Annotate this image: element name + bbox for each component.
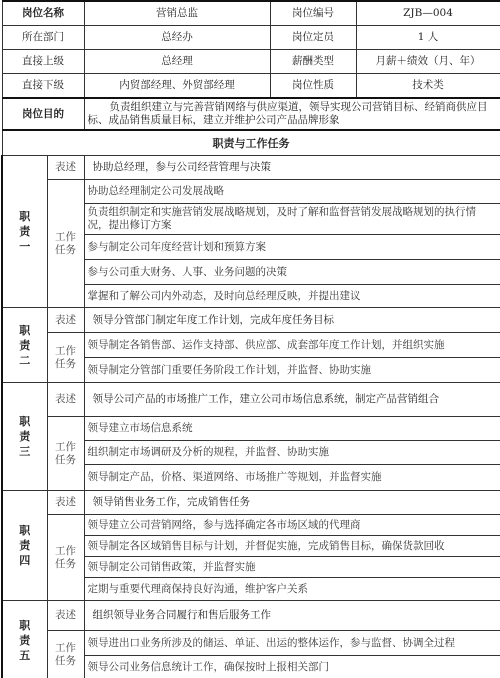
duty-4-task-4: 定期与重要代理商保持良好沟通，维护客户关系: [84, 578, 500, 601]
duty-3-task-2: 组织制定市场调研及分析的规程，并监督、协助实施: [84, 441, 500, 465]
value-job-nature: 技术类: [356, 74, 500, 99]
header-row-job-title: 岗位名称 营销总监 岗位编号 ZJB—004: [2, 1, 500, 26]
section-title-row: 职责与工作任务: [2, 130, 500, 156]
duty-5-task-1: 领导进出口业务所涉及的储运、单证、出运的整体运作，参与监督、协调全过程: [84, 631, 500, 656]
duty-2-desc: 领导分管部门制定年度工作计划，完成年度任务目标: [84, 308, 500, 333]
value-job-title: 营销总监: [84, 1, 270, 26]
job-description-table: 岗位名称 营销总监 岗位编号 ZJB—004 所在部门 总经办 岗位定员 1 人…: [1, 0, 500, 678]
duty-4-task-3: 领导制定公司销售政策，并监督实施: [84, 557, 500, 578]
duty-1-task-3: 参与制定公司年度经营计划和预算方案: [84, 235, 500, 260]
duty-1-desc-row: 职责一 表述 协助总经理，参与公司经营管理与决策: [2, 156, 500, 180]
task-row: 工作任务 领导进出口业务所涉及的储运、单证、出运的整体运作，参与监督、协调全过程: [2, 631, 500, 656]
duty-1-task-4: 参与公司重大财务、人事、业务问题的决策: [84, 260, 500, 285]
purpose-row: 岗位目的 负责组织建立与完善营销网络与供应渠道，领导实现公司营销目标、经销商供应…: [2, 98, 500, 130]
label-superior: 直接上级: [2, 50, 84, 74]
duty-5-task-2: 领导公司业务信息统计工作，确保按时上报相关部门: [84, 656, 500, 678]
header-row-superior: 直接上级 总经理 薪酬类型 月薪＋绩效（月、年）: [2, 50, 500, 74]
purpose-text: 负责组织建立与完善营销网络与供应渠道，领导实现公司营销目标、经销商供应目标、成品…: [84, 98, 500, 130]
value-headcount: 1 人: [356, 26, 500, 50]
duty-5-label: 职责五: [2, 601, 47, 678]
tasks-label: 工作任务: [47, 333, 84, 383]
section-title: 职责与工作任务: [2, 130, 500, 156]
label-job-code: 岗位编号: [270, 1, 356, 26]
duty-1-desc: 协助总经理，参与公司经营管理与决策: [84, 156, 500, 180]
value-superior: 总经理: [84, 50, 270, 74]
duty-4-task-2: 领导制定各区域销售目标与计划，并督促实施，完成销售目标，确保货款回收: [84, 536, 500, 557]
duty-1-task-1: 协助总经理制定公司发展战略: [84, 180, 500, 204]
duty-3-task-3: 领导制定产品，价格、渠道网络、市场推广等规划，并监督实施: [84, 465, 500, 491]
value-subordinates: 内贸部经理、外贸部经理: [84, 74, 270, 99]
header-row-department: 所在部门 总经办 岗位定员 1 人: [2, 26, 500, 50]
duty-1-task-2: 负责组织制定和实施营销发展战略规划，及时了解和监督营销发展战略规划的执行情况，提…: [84, 204, 500, 235]
label-headcount: 岗位定员: [270, 26, 356, 50]
duty-5-desc: 组织领导业务合同履行和售后服务工作: [84, 601, 500, 631]
task-row: 工作任务 领导建立公司营销网络，参与选择确定各市场区域的代理商: [2, 515, 500, 536]
label-department: 所在部门: [2, 26, 84, 50]
desc-label: 表述: [47, 156, 84, 180]
tasks-label: 工作任务: [47, 631, 84, 678]
value-department: 总经办: [84, 26, 270, 50]
duty-2-label: 职责二: [2, 308, 47, 383]
label-subordinates: 直接下级: [2, 74, 84, 99]
duty-4-task-1: 领导建立公司营销网络，参与选择确定各市场区域的代理商: [84, 515, 500, 536]
purpose-label: 岗位目的: [2, 98, 84, 130]
task-row: 工作任务 协助总经理制定公司发展战略: [2, 180, 500, 204]
duty-1-task-5: 掌握和了解公司内外动态，及时向总经理反映，并提出建议: [84, 285, 500, 308]
desc-label: 表述: [47, 308, 84, 333]
duty-4-desc-row: 职责四 表述 领导销售业务工作，完成销售任务: [2, 491, 500, 515]
duty-3-task-1: 领导建立市场信息系统: [84, 417, 500, 441]
duty-2-desc-row: 职责二 表述 领导分管部门制定年度工作计划，完成年度任务目标: [2, 308, 500, 333]
duty-4-label: 职责四: [2, 491, 47, 601]
duty-5-desc-row: 职责五 表述 组织领导业务合同履行和售后服务工作: [2, 601, 500, 631]
duty-2-task-1: 领导制定各销售部、运作支持部、供应部、成套部年度工作计划，并组织实施: [84, 333, 500, 358]
tasks-label: 工作任务: [47, 417, 84, 491]
label-job-nature: 岗位性质: [270, 74, 356, 99]
tasks-label: 工作任务: [47, 180, 84, 308]
value-job-code: ZJB—004: [356, 1, 500, 26]
header-row-subordinates: 直接下级 内贸部经理、外贸部经理 岗位性质 技术类: [2, 74, 500, 99]
duty-3-label: 职责三: [2, 383, 47, 491]
duty-1-label: 职责一: [2, 156, 47, 308]
value-salary-type: 月薪＋绩效（月、年）: [356, 50, 500, 74]
desc-label: 表述: [47, 383, 84, 417]
duty-4-desc: 领导销售业务工作，完成销售任务: [84, 491, 500, 515]
label-job-title: 岗位名称: [2, 1, 84, 26]
duty-2-task-2: 领导制定分管部门重要任务阶段工作计划，并监督、协助实施: [84, 358, 500, 383]
task-row: 工作任务 领导制定各销售部、运作支持部、供应部、成套部年度工作计划，并组织实施: [2, 333, 500, 358]
label-salary-type: 薪酬类型: [270, 50, 356, 74]
tasks-label: 工作任务: [47, 515, 84, 601]
duty-3-desc: 领导公司产品的市场推广工作，建立公司市场信息系统，制定产品营销组合: [84, 383, 500, 417]
desc-label: 表述: [47, 491, 84, 515]
task-row: 工作任务 领导建立市场信息系统: [2, 417, 500, 441]
desc-label: 表述: [47, 601, 84, 631]
duty-3-desc-row: 职责三 表述 领导公司产品的市场推广工作，建立公司市场信息系统，制定产品营销组合: [2, 383, 500, 417]
